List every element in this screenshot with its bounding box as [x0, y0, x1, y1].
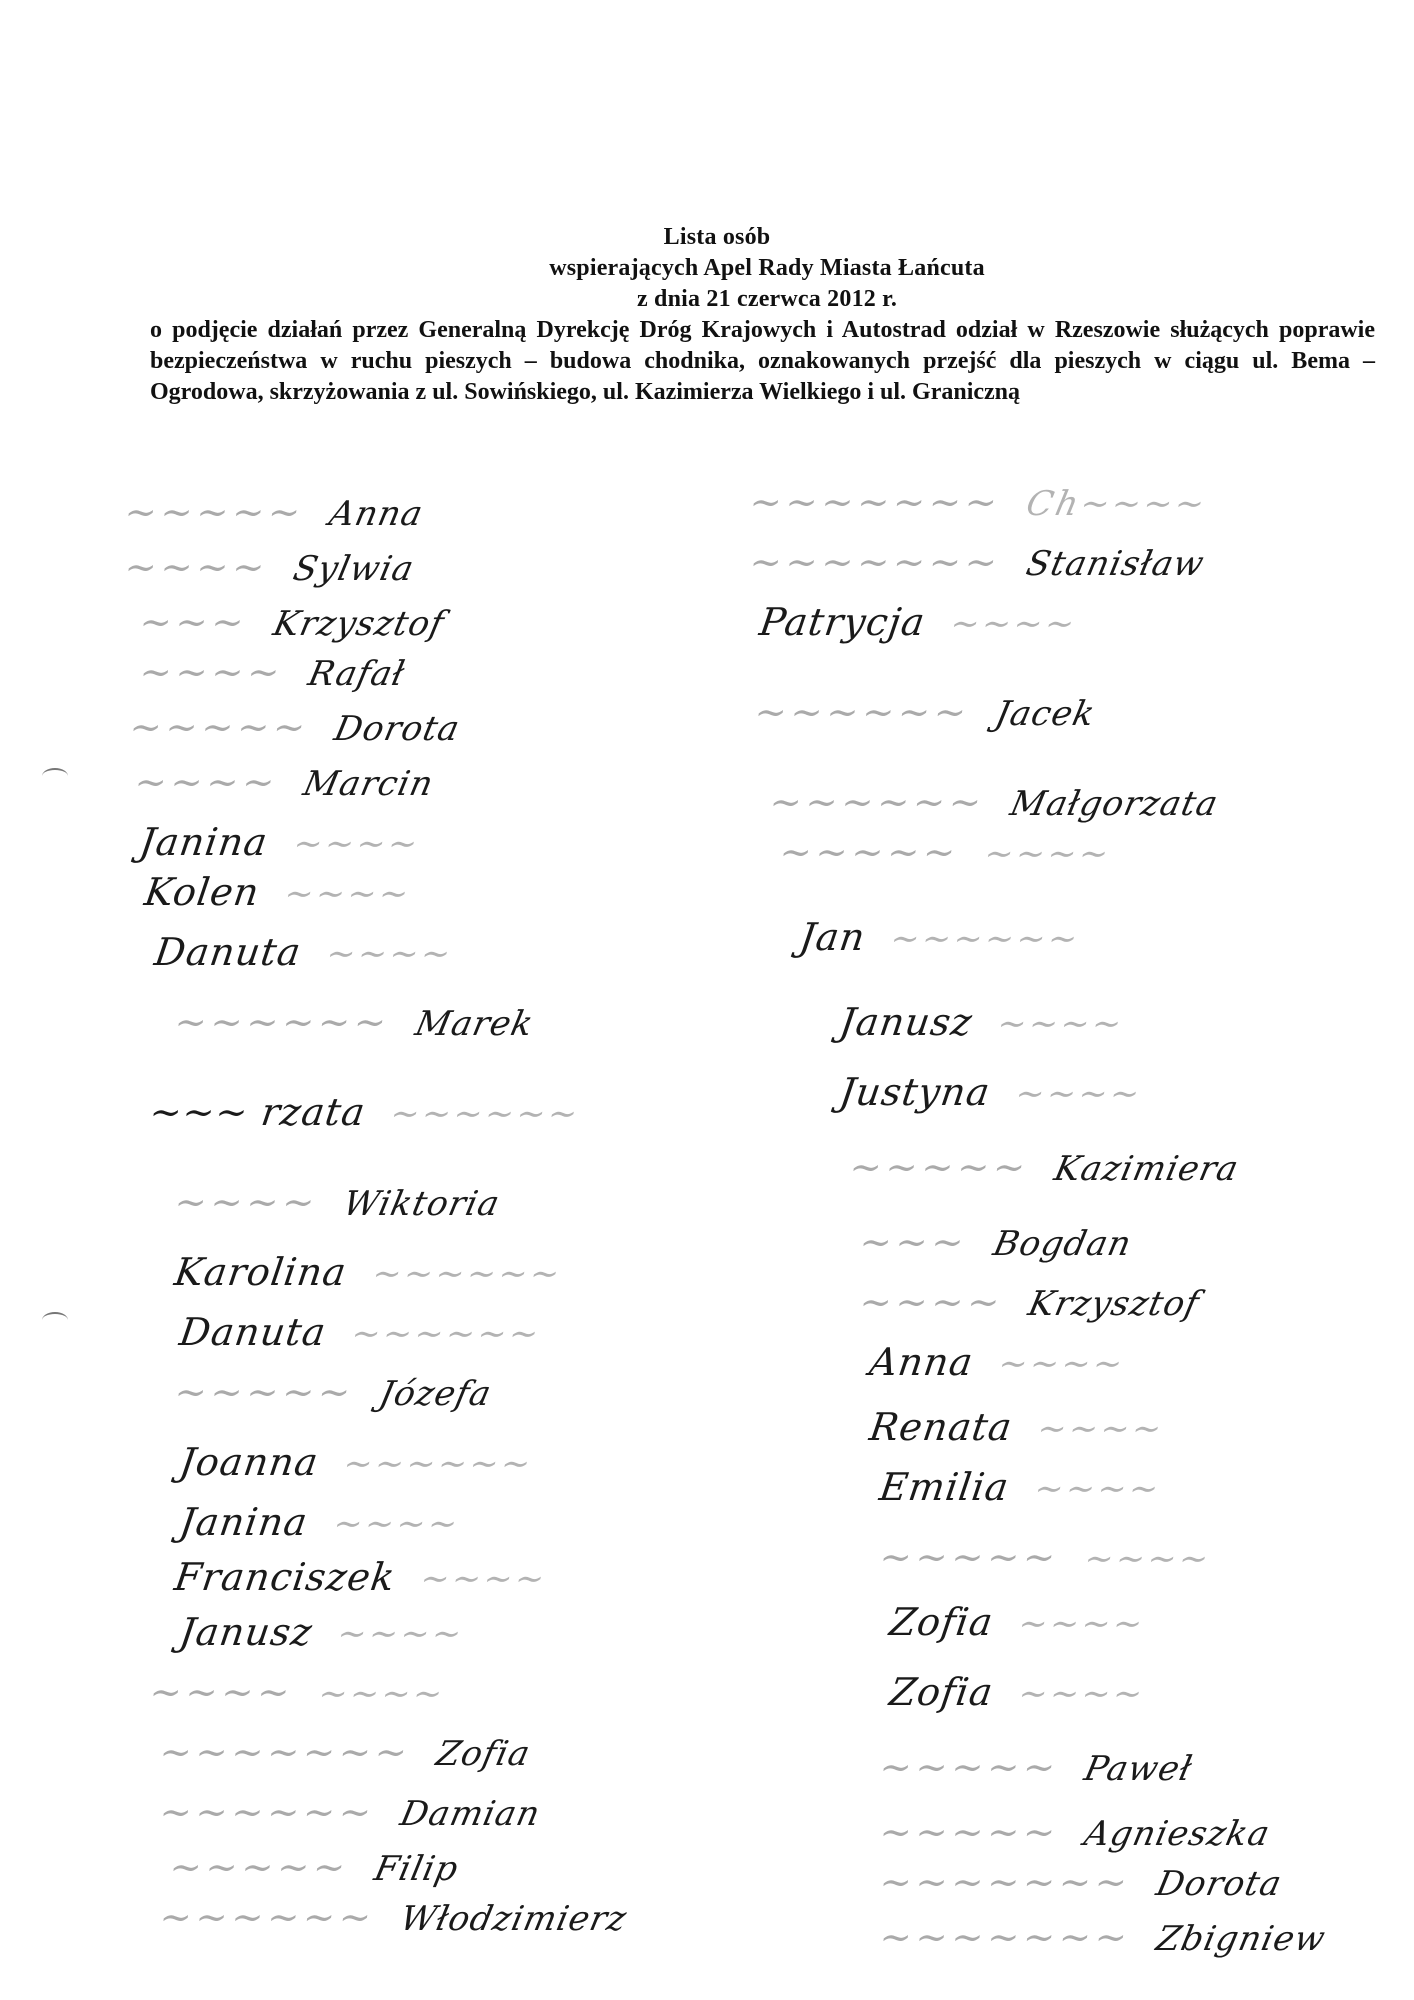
- signature-first-part: ~~~~~: [847, 1145, 1032, 1189]
- signature-right: ~~~~~~~~~: [780, 830, 1111, 874]
- signature-second-part: ~~~~~~: [348, 1314, 545, 1354]
- signature-second-part: ~~~~: [994, 1004, 1128, 1044]
- signature-left: ~~~~Rafał: [140, 650, 405, 694]
- signature-second-part: ~~~~: [1031, 1469, 1165, 1509]
- signature-left: Karolina~~~~~~: [175, 1250, 561, 1294]
- signature-second-part: ~~~~: [334, 1614, 468, 1654]
- signature-left: ~~~Krzysztof: [140, 600, 443, 644]
- signature-left: ~~~~~~Damian: [160, 1790, 540, 1834]
- signature-first-part: ~~~~~: [127, 705, 312, 749]
- signature-first-part: ~~~~~~: [767, 780, 988, 824]
- signature-second-part: ~~~~: [1015, 1674, 1149, 1714]
- punch-hole-mark: [42, 768, 68, 784]
- signature-first-part: ~~~~: [132, 760, 282, 804]
- signature-right: ~~~~~~~~~: [880, 1535, 1211, 1579]
- signature-second-part: Zofia: [433, 1734, 534, 1774]
- signature-first-part: Emilia: [877, 1465, 1012, 1509]
- signature-first-part: Jan: [797, 915, 869, 959]
- signature-left: Joanna~~~~~~: [180, 1440, 533, 1484]
- signature-second-part: ~~~~: [315, 1674, 449, 1714]
- signature-left: Janina~~~~: [140, 820, 420, 864]
- punch-hole-mark: [42, 1312, 68, 1328]
- signature-first-part: ~~~~~: [877, 1810, 1062, 1854]
- signature-left: Danuta~~~~: [155, 930, 453, 974]
- signature-second-part: Anna: [326, 494, 427, 534]
- signature-right: ~~~~Krzysztof: [860, 1280, 1199, 1324]
- signature-first-part: ~~~~~~~: [157, 1730, 414, 1774]
- signature-first-part: Janina: [137, 820, 271, 864]
- signature-first-part: Danuta: [177, 1310, 329, 1354]
- signature-first-part: ~~~~: [147, 1670, 297, 1714]
- signature-first-part: ~~~~~: [777, 830, 962, 874]
- signature-left: Franciszek~~~~: [175, 1555, 547, 1599]
- signature-left: ~~~~~~Marek: [175, 1000, 533, 1044]
- signature-first-part: ~~~~~: [167, 1845, 352, 1889]
- signature-left: ~~~~~~Włodzimierz: [160, 1895, 626, 1939]
- signature-right: Jan~~~~~~: [800, 915, 1080, 959]
- signature-first-part: ~~~~~~: [157, 1790, 378, 1834]
- signature-right: Justyna~~~~: [840, 1070, 1142, 1114]
- signature-second-part: Damian: [397, 1794, 544, 1834]
- signature-second-part: ~~~~: [323, 934, 457, 974]
- signature-second-part: Rafał: [305, 654, 409, 694]
- signature-left: Janusz~~~~: [180, 1610, 464, 1654]
- signature-left: ~~~~~Filip: [170, 1845, 458, 1889]
- signature-left: ~~~~Wiktoria: [175, 1180, 500, 1224]
- signature-first-part: ~~~~~~: [157, 1895, 378, 1939]
- signature-second-part: Filip: [371, 1849, 462, 1889]
- signature-first-part: Zofia: [887, 1600, 996, 1644]
- signature-left: ~~~~Marcin: [135, 760, 434, 804]
- signature-right: Patrycja~~~~: [760, 600, 1077, 644]
- signature-first-part: ~~~~~: [122, 490, 307, 534]
- signature-first-part: Zofia: [887, 1670, 996, 1714]
- signature-first-part: ~~~: [857, 1220, 971, 1264]
- signature-first-part: Renata: [867, 1405, 1015, 1449]
- signature-second-part: ~~~~: [995, 1344, 1129, 1384]
- signature-right: ~~~~~~~Zbigniew: [880, 1915, 1325, 1959]
- signature-left: ~~~ rzata~~~~~~: [150, 1090, 580, 1134]
- signature-right: ~~~~~~Małgorzata: [770, 780, 1218, 824]
- signature-first-part: ~~~~: [857, 1280, 1007, 1324]
- signature-right: ~~~Bogdan: [860, 1220, 1131, 1264]
- signature-left: ~~~~~Józefa: [175, 1370, 491, 1414]
- signature-second-part: Dorota: [1153, 1864, 1286, 1904]
- signature-right: ~~~~~Agnieszka: [880, 1810, 1270, 1854]
- signature-right: Janusz~~~~: [840, 1000, 1124, 1044]
- signature-first-part: ~~~: [137, 600, 251, 644]
- signature-second-part: Małgorzata: [1007, 784, 1222, 824]
- signature-first-part: ~~~~~~~: [877, 1915, 1134, 1959]
- signature-second-part: Jacek: [992, 694, 1099, 734]
- signature-second-part: ~~~~~~: [887, 919, 1084, 959]
- signature-left: ~~~~~~~~: [150, 1670, 445, 1714]
- signature-second-part: ~~~~: [1012, 1074, 1146, 1114]
- signature-list: ~~~~~Anna~~~~Sylwia~~~Krzysztof~~~~Rafał…: [0, 0, 1414, 2000]
- signature-second-part: ~~~~: [1015, 1604, 1149, 1644]
- signature-left: Janina~~~~: [180, 1500, 460, 1544]
- signature-second-part: ~~~~: [1081, 1539, 1215, 1579]
- signature-first-part: Justyna: [837, 1070, 993, 1114]
- signature-second-part: Marek: [412, 1004, 538, 1044]
- signature-first-part: Janina: [177, 1500, 311, 1544]
- signature-second-part: ~~~~~~: [340, 1444, 537, 1484]
- signature-first-part: Kolen: [142, 870, 263, 914]
- signature-second-part: ~~~~: [417, 1559, 551, 1599]
- signature-second-part: Krzysztof: [1025, 1284, 1203, 1324]
- signature-right: Renata~~~~: [870, 1405, 1164, 1449]
- signature-right: Zofia~~~~: [890, 1670, 1145, 1714]
- signature-first-part: ~~~~~: [172, 1370, 357, 1414]
- signature-second-part: Paweł: [1081, 1749, 1196, 1789]
- signature-second-part: Sylwia: [290, 549, 418, 589]
- signature-second-part: ~~~~: [981, 834, 1115, 874]
- signature-first-part: Joanna: [177, 1440, 322, 1484]
- signature-first-part: ~~~~~: [877, 1535, 1062, 1579]
- signature-first-part: ~~~~~~~: [747, 540, 1004, 584]
- signature-right: ~~~~~~~Dorota: [880, 1860, 1281, 1904]
- signature-first-part: ~~~~~~~: [877, 1860, 1134, 1904]
- signature-second-part: ~~~~: [289, 824, 423, 864]
- signature-left: ~~~~~Anna: [125, 490, 423, 534]
- signature-first-part: ~~~~~~~: [747, 480, 1004, 524]
- signature-second-part: Ch~~~~: [1023, 484, 1211, 524]
- signature-first-part: ~~~ rzata: [147, 1090, 369, 1134]
- signature-left: ~~~~Sylwia: [125, 545, 414, 589]
- signature-second-part: ~~~~~~: [368, 1254, 565, 1294]
- signature-second-part: Dorota: [331, 709, 464, 749]
- signature-second-part: Agnieszka: [1081, 1814, 1274, 1854]
- signature-left: Danuta~~~~~~: [180, 1310, 541, 1354]
- signature-right: Zofia~~~~: [890, 1600, 1145, 1644]
- signature-first-part: Franciszek: [172, 1555, 398, 1599]
- signature-left: Kolen~~~~: [145, 870, 411, 914]
- signature-second-part: Bogdan: [989, 1224, 1135, 1264]
- signature-second-part: Krzysztof: [269, 604, 447, 644]
- signature-second-part: ~~~~: [1034, 1409, 1168, 1449]
- signature-first-part: ~~~~: [172, 1180, 322, 1224]
- signature-second-part: Włodzimierz: [397, 1899, 631, 1939]
- signature-second-part: Józefa: [376, 1374, 496, 1414]
- signature-right: Emilia~~~~: [880, 1465, 1161, 1509]
- signature-first-part: ~~~~: [122, 545, 272, 589]
- signature-first-part: Patrycja: [757, 600, 928, 644]
- signature-right: ~~~~~~Jacek: [755, 690, 1095, 734]
- signature-right: ~~~~~~~Stanisław: [750, 540, 1204, 584]
- signature-second-part: Wiktoria: [340, 1184, 504, 1224]
- signature-left: ~~~~~~~Zofia: [160, 1730, 530, 1774]
- signature-second-part: Marcin: [300, 764, 438, 804]
- signature-first-part: Anna: [867, 1340, 976, 1384]
- signature-second-part: ~~~~: [947, 604, 1081, 644]
- signature-second-part: ~~~~: [329, 1504, 463, 1544]
- signature-left: ~~~~~Dorota: [130, 705, 460, 749]
- signature-right: ~~~~~Kazimiera: [850, 1145, 1238, 1189]
- signature-first-part: ~~~~~: [877, 1745, 1062, 1789]
- signature-right: ~~~~~~~Ch~~~~: [750, 480, 1207, 524]
- signature-right: ~~~~~Paweł: [880, 1745, 1192, 1789]
- signature-first-part: ~~~~~~: [172, 1000, 393, 1044]
- signature-first-part: ~~~~~~: [752, 690, 973, 734]
- signature-second-part: ~~~~: [281, 874, 415, 914]
- signature-first-part: Janusz: [177, 1610, 316, 1654]
- signature-second-part: Stanisław: [1023, 544, 1208, 584]
- signature-first-part: ~~~~: [137, 650, 287, 694]
- signature-first-part: Danuta: [152, 930, 304, 974]
- signature-first-part: Karolina: [172, 1250, 350, 1294]
- signature-second-part: Kazimiera: [1051, 1149, 1243, 1189]
- signature-second-part: ~~~~~~: [387, 1094, 584, 1134]
- signature-second-part: Zbigniew: [1153, 1919, 1330, 1959]
- signature-first-part: Janusz: [837, 1000, 976, 1044]
- signature-right: Anna~~~~: [870, 1340, 1125, 1384]
